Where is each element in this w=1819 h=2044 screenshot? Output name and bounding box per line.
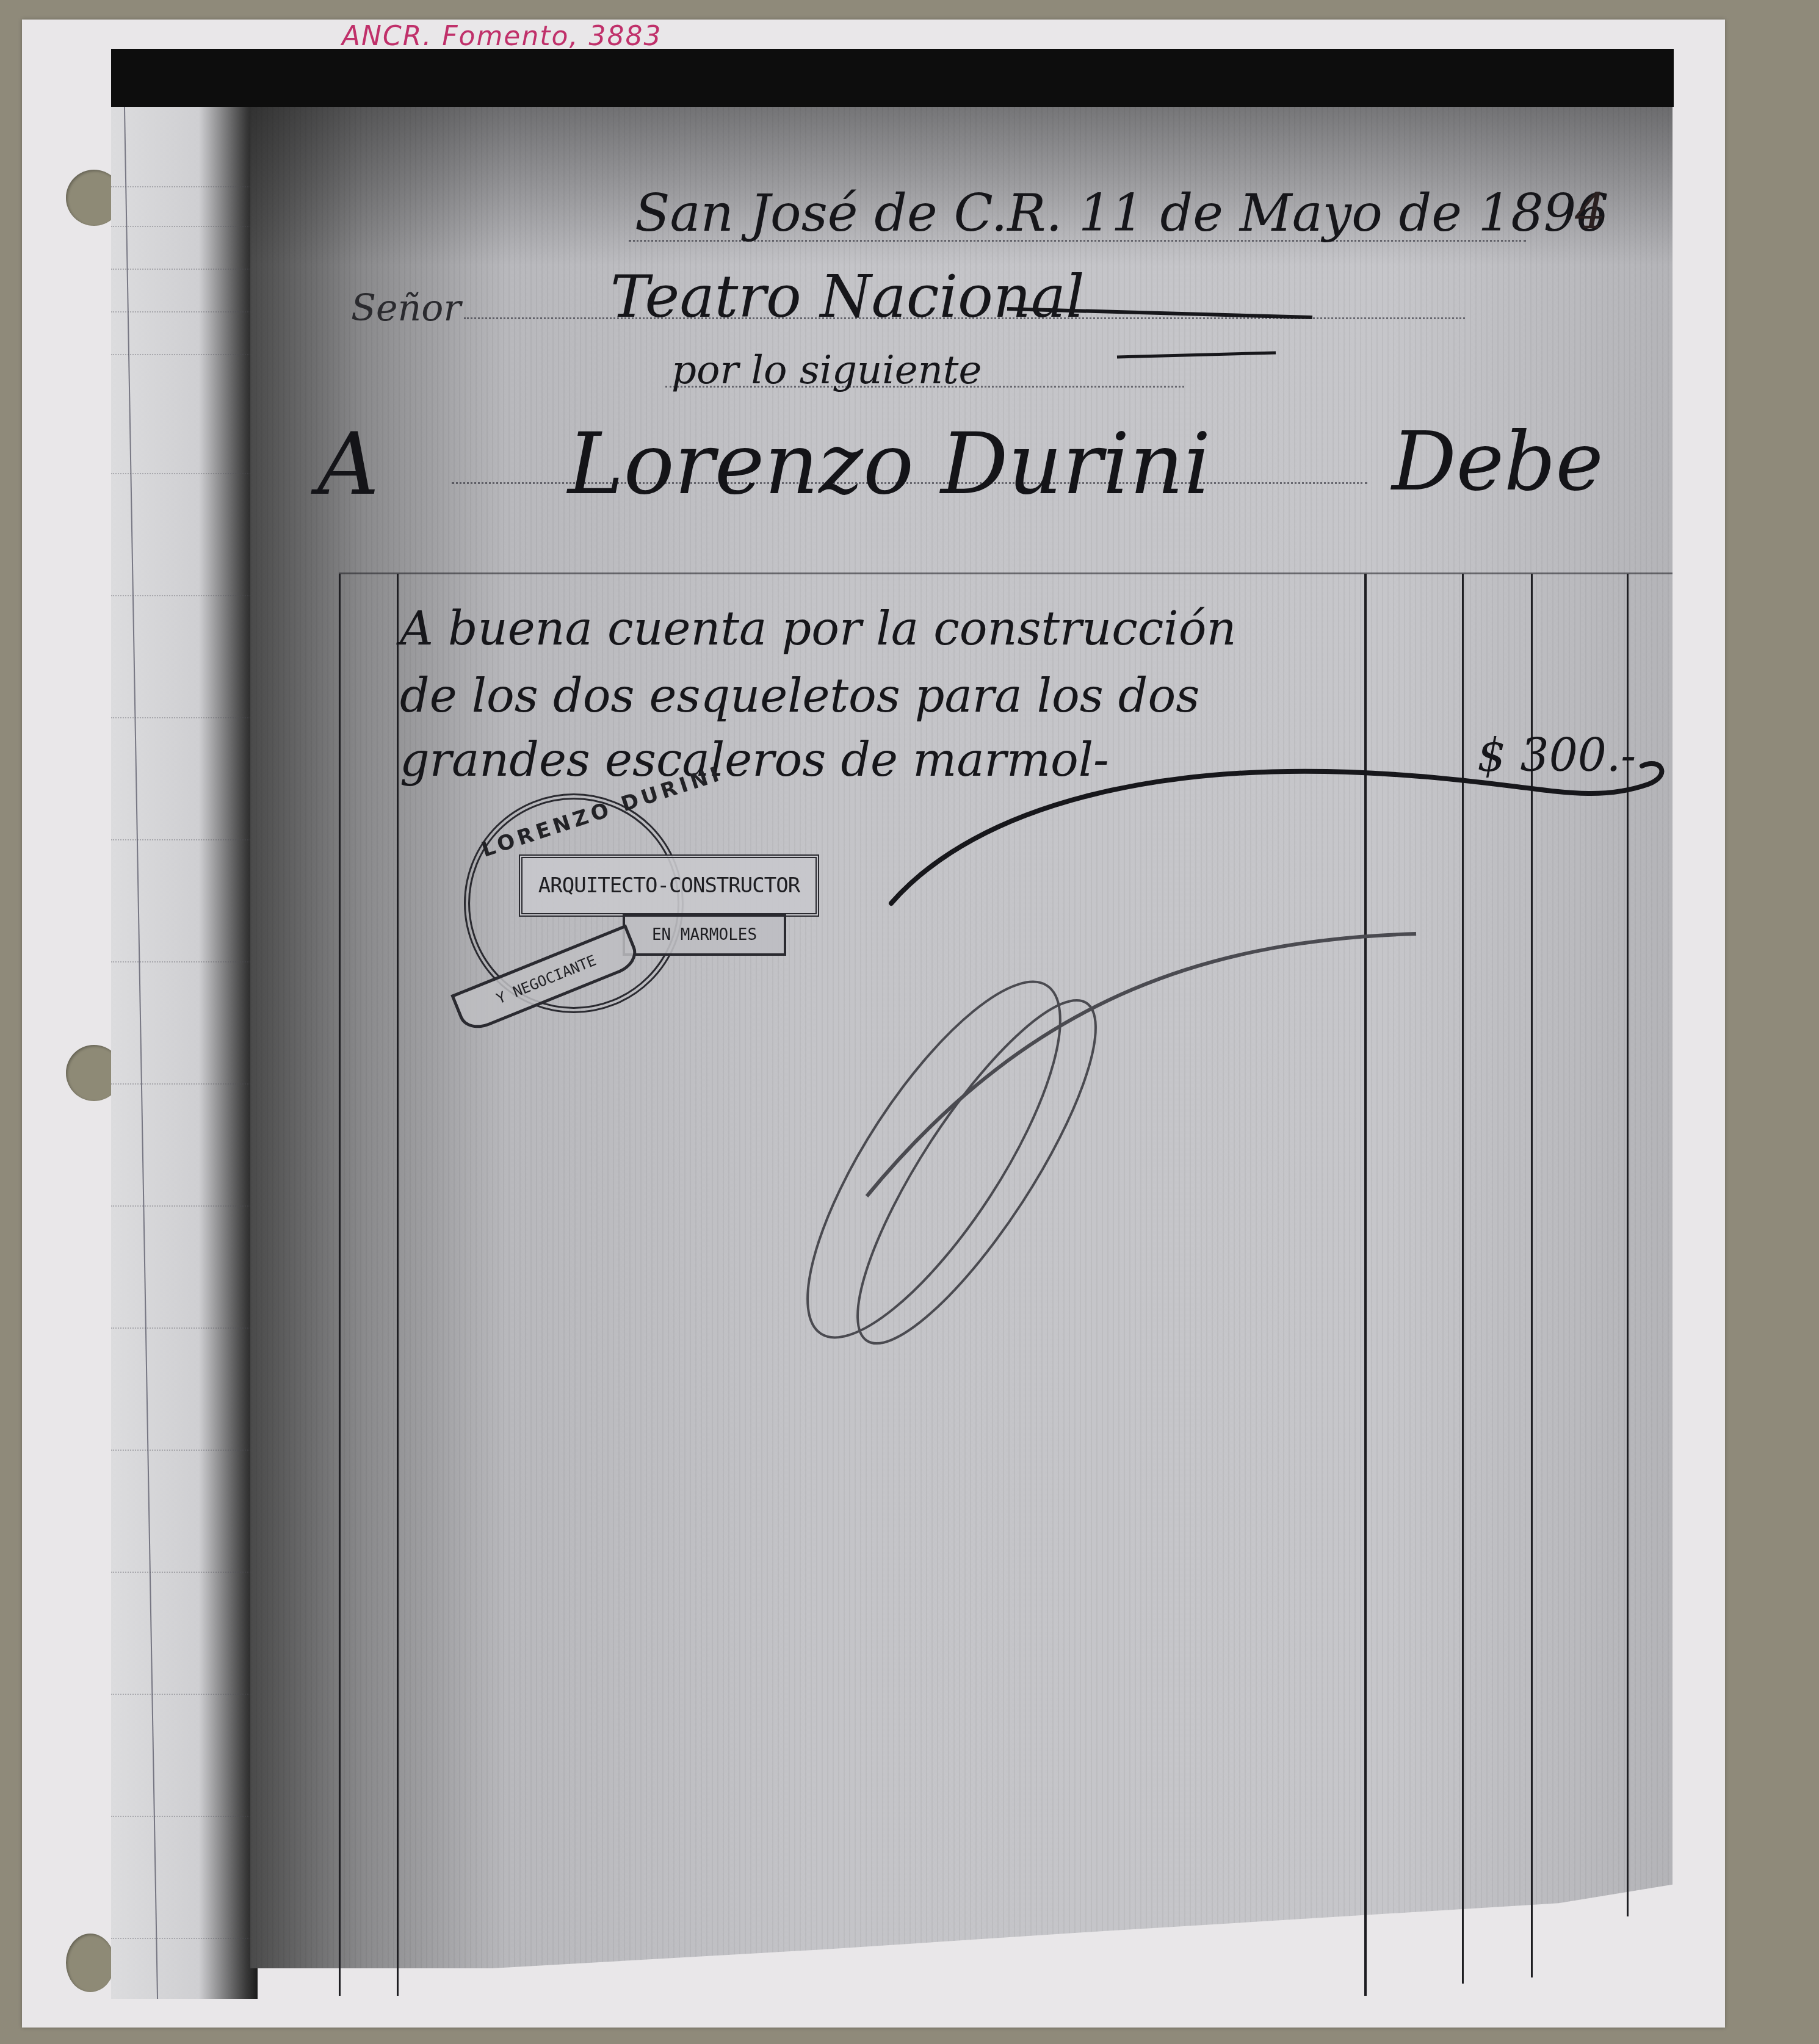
stamp-subtitle-banner: EN MARMOLES <box>623 914 786 956</box>
reason-overline <box>1117 353 1276 357</box>
stamp-subtitle: EN MARMOLES <box>652 926 757 944</box>
addressee-underline <box>1007 309 1312 317</box>
stamp-title: ARQUITECTO-CONSTRUCTOR <box>538 873 800 898</box>
pen-strokes <box>0 0 1819 2044</box>
flourish-closing-line <box>891 764 1662 903</box>
signature <box>765 934 1416 1371</box>
company-stamp: LORENZO DURINI ARQUITECTO-CONSTRUCTOR EN… <box>439 775 818 1038</box>
stamp-title-banner: ARQUITECTO-CONSTRUCTOR <box>519 854 819 917</box>
